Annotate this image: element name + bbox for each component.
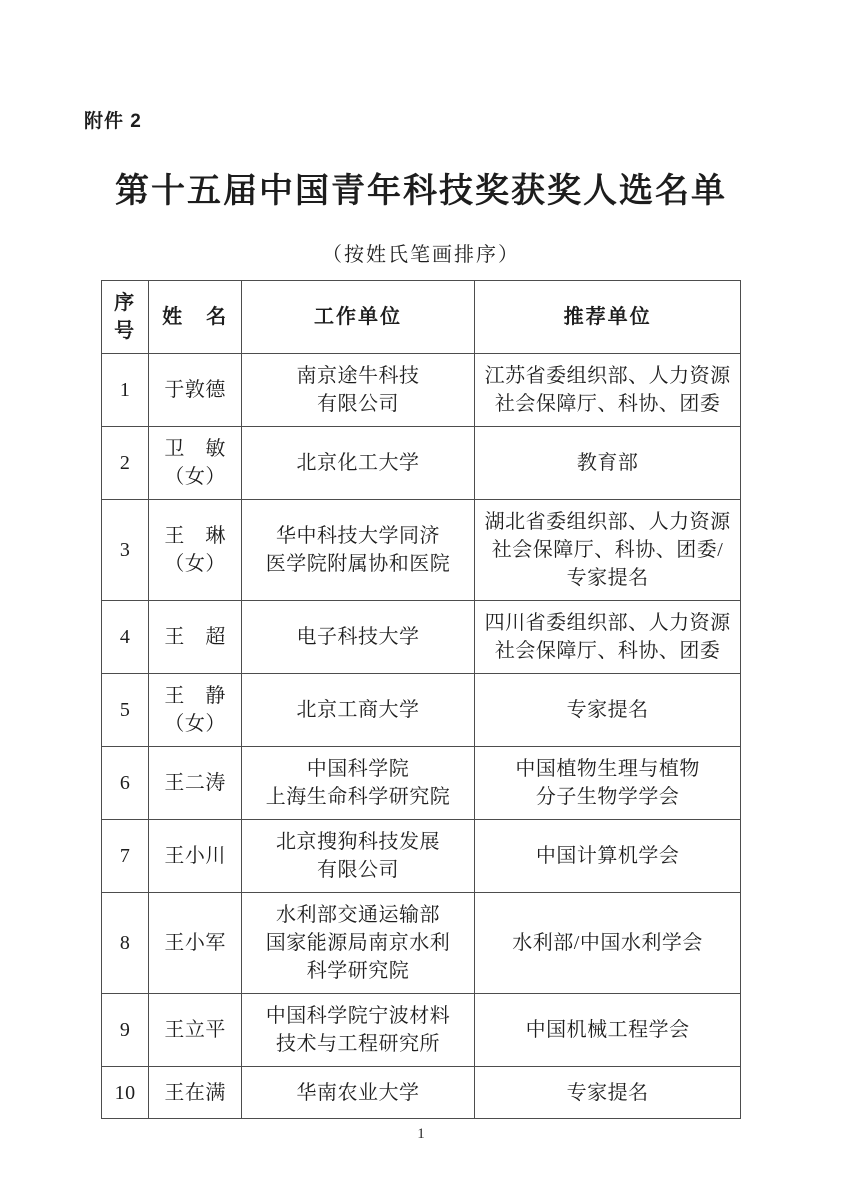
cell-workplace: 北京化工大学 — [241, 427, 474, 500]
table-body: 1 于敦德 南京途牛科技 有限公司 江苏省委组织部、人力资源 社会保障厅、科协、… — [102, 354, 741, 1119]
cell-name: 于敦德 — [149, 354, 242, 427]
cell-no: 1 — [102, 354, 149, 427]
cell-recommender: 专家提名 — [475, 1067, 741, 1119]
cell-no: 9 — [102, 994, 149, 1067]
page-title: 第十五届中国青年科技奖获奖人选名单 — [101, 163, 741, 212]
table-row: 2 卫 敏 （女） 北京化工大学 教育部 — [102, 427, 741, 500]
sort-order-note: （按姓氏笔画排序） — [101, 238, 741, 267]
cell-workplace: 华南农业大学 — [241, 1067, 474, 1119]
cell-name: 王小军 — [149, 893, 242, 994]
cell-no: 3 — [102, 500, 149, 601]
cell-no: 10 — [102, 1067, 149, 1119]
cell-recommender: 专家提名 — [475, 674, 741, 747]
cell-recommender: 湖北省委组织部、人力资源 社会保障厅、科协、团委/ 专家提名 — [475, 500, 741, 601]
cell-name: 王 静 （女） — [149, 674, 242, 747]
document-page: 附件 2 第十五届中国青年科技奖获奖人选名单 （按姓氏笔画排序） 序 号 姓 名… — [0, 0, 842, 1190]
cell-workplace: 北京工商大学 — [241, 674, 474, 747]
cell-no: 7 — [102, 820, 149, 893]
cell-no: 8 — [102, 893, 149, 994]
cell-recommender: 教育部 — [475, 427, 741, 500]
cell-name: 王小川 — [149, 820, 242, 893]
table-row: 10 王在满 华南农业大学 专家提名 — [102, 1067, 741, 1119]
table-row: 9 王立平 中国科学院宁波材料 技术与工程研究所 中国机械工程学会 — [102, 994, 741, 1067]
cell-recommender: 水利部/中国水利学会 — [475, 893, 741, 994]
cell-name: 王 琳 （女） — [149, 500, 242, 601]
table-row: 3 王 琳 （女） 华中科技大学同济 医学院附属协和医院 湖北省委组织部、人力资… — [102, 500, 741, 601]
cell-workplace: 中国科学院 上海生命科学研究院 — [241, 747, 474, 820]
table-row: 1 于敦德 南京途牛科技 有限公司 江苏省委组织部、人力资源 社会保障厅、科协、… — [102, 354, 741, 427]
cell-name: 卫 敏 （女） — [149, 427, 242, 500]
cell-recommender: 四川省委组织部、人力资源 社会保障厅、科协、团委 — [475, 601, 741, 674]
cell-no: 6 — [102, 747, 149, 820]
cell-name: 王在满 — [149, 1067, 242, 1119]
table-row: 4 王 超 电子科技大学 四川省委组织部、人力资源 社会保障厅、科协、团委 — [102, 601, 741, 674]
cell-workplace: 中国科学院宁波材料 技术与工程研究所 — [241, 994, 474, 1067]
cell-name: 王二涛 — [149, 747, 242, 820]
cell-workplace: 北京搜狗科技发展 有限公司 — [241, 820, 474, 893]
cell-no: 4 — [102, 601, 149, 674]
cell-workplace: 水利部交通运输部 国家能源局南京水利 科学研究院 — [241, 893, 474, 994]
table-row: 8 王小军 水利部交通运输部 国家能源局南京水利 科学研究院 水利部/中国水利学… — [102, 893, 741, 994]
cell-name: 王立平 — [149, 994, 242, 1067]
cell-recommender: 中国机械工程学会 — [475, 994, 741, 1067]
cell-no: 5 — [102, 674, 149, 747]
table-row: 6 王二涛 中国科学院 上海生命科学研究院 中国植物生理与植物 分子生物学学会 — [102, 747, 741, 820]
table-row: 7 王小川 北京搜狗科技发展 有限公司 中国计算机学会 — [102, 820, 741, 893]
table-header-row: 序 号 姓 名 工作单位 推荐单位 — [102, 281, 741, 354]
column-header-name: 姓 名 — [149, 281, 242, 354]
cell-workplace: 南京途牛科技 有限公司 — [241, 354, 474, 427]
attachment-label: 附件 2 — [84, 106, 741, 133]
table-row: 5 王 静 （女） 北京工商大学 专家提名 — [102, 674, 741, 747]
column-header-recommender: 推荐单位 — [475, 281, 741, 354]
cell-workplace: 华中科技大学同济 医学院附属协和医院 — [241, 500, 474, 601]
column-header-no: 序 号 — [102, 281, 149, 354]
award-winners-table: 序 号 姓 名 工作单位 推荐单位 1 于敦德 南京途牛科技 有限公司 江苏省委… — [101, 280, 741, 1119]
cell-workplace: 电子科技大学 — [241, 601, 474, 674]
page-number: 1 — [101, 1126, 741, 1143]
cell-recommender: 江苏省委组织部、人力资源 社会保障厅、科协、团委 — [475, 354, 741, 427]
cell-recommender: 中国植物生理与植物 分子生物学学会 — [475, 747, 741, 820]
column-header-workplace: 工作单位 — [241, 281, 474, 354]
cell-name: 王 超 — [149, 601, 242, 674]
cell-recommender: 中国计算机学会 — [475, 820, 741, 893]
cell-no: 2 — [102, 427, 149, 500]
